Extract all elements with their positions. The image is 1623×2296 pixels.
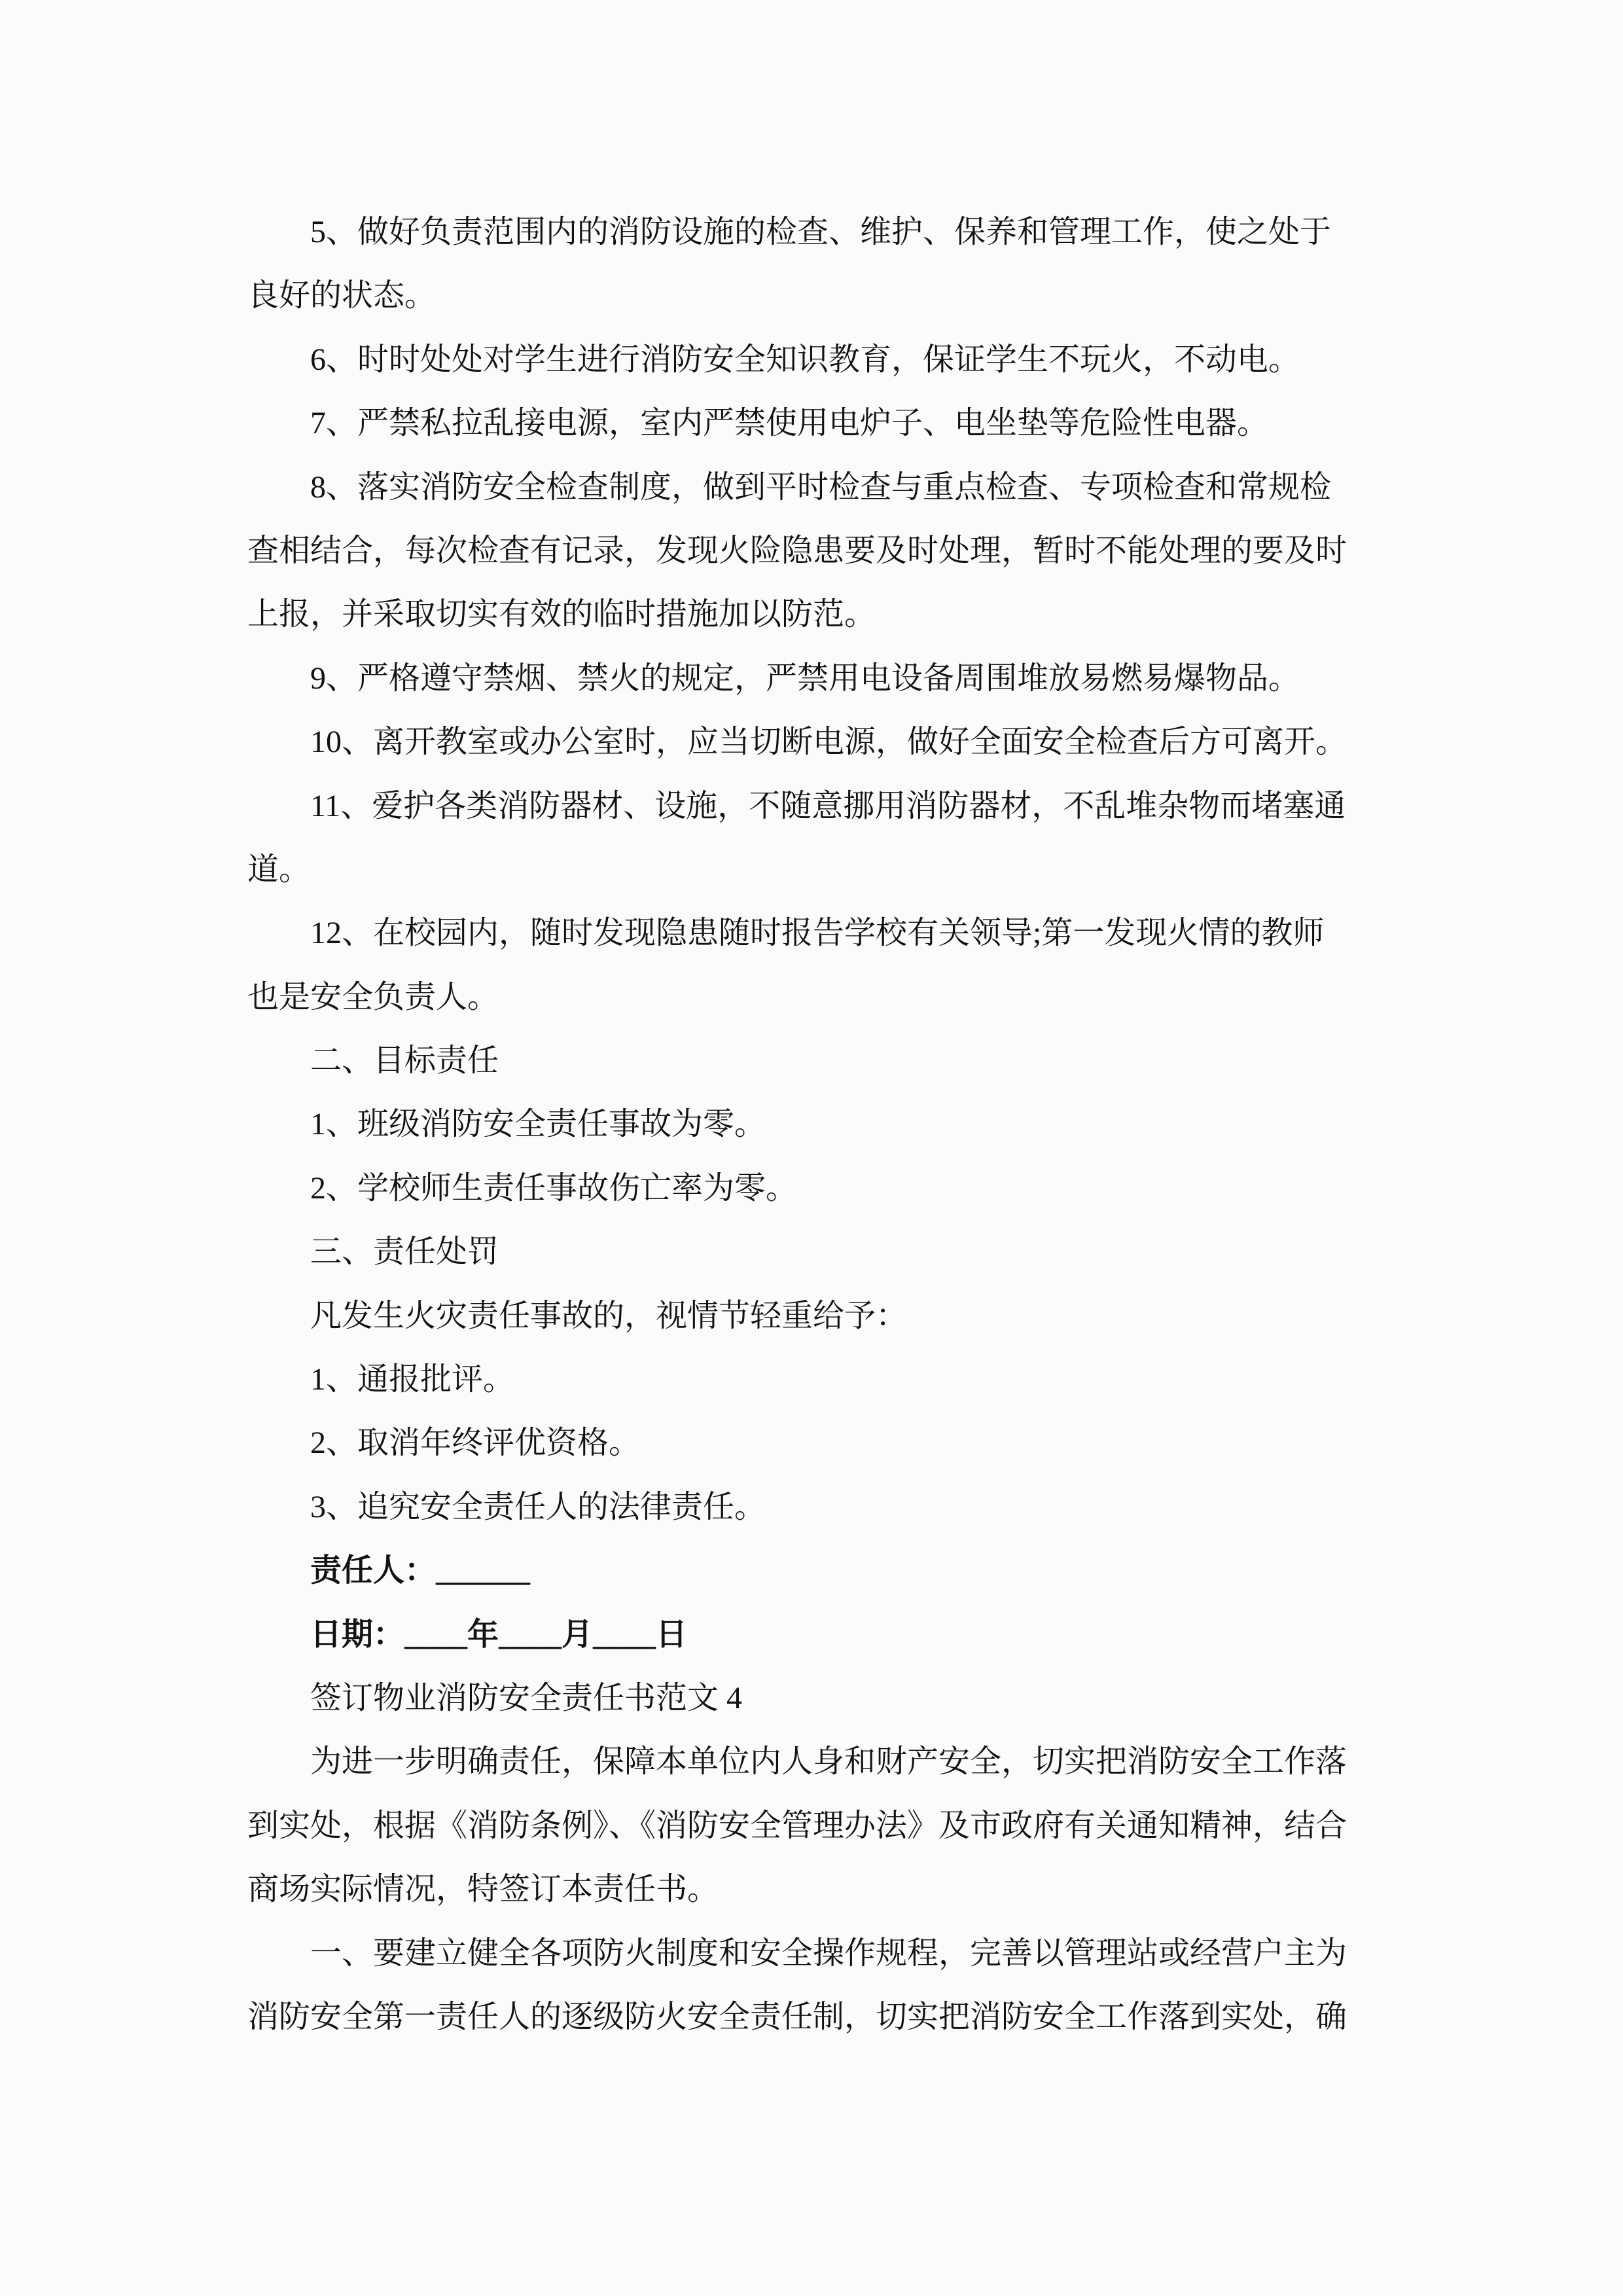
- document-page: 5、做好负责范围内的消防设施的检查、维护、保养和管理工作，使之处于良好的状态。6…: [0, 0, 1623, 2296]
- text-line: 二、目标责任: [247, 1029, 1381, 1092]
- text-line: 5、做好负责范围内的消防设施的检查、维护、保养和管理工作，使之处于: [247, 200, 1381, 264]
- text-line: 3、追究安全责任人的法律责任。: [247, 1475, 1381, 1539]
- text-line: 到实处，根据《消防条例》、《消防安全管理办法》及市政府有关通知精神，结合: [247, 1794, 1381, 1857]
- text-line: 责任人：______: [247, 1539, 1381, 1602]
- text-line: 7、严禁私拉乱接电源，室内严禁使用电炉子、电坐垫等危险性电器。: [247, 391, 1381, 455]
- text-line: 道。: [247, 838, 1381, 901]
- text-line: 也是安全负责人。: [247, 965, 1381, 1029]
- text-line: 6、时时处处对学生进行消防安全知识教育，保证学生不玩火，不动电。: [247, 328, 1381, 391]
- text-line: 上报，并采取切实有效的临时措施加以防范。: [247, 583, 1381, 646]
- text-line: 为进一步明确责任，保障本单位内人身和财产安全，切实把消防安全工作落: [247, 1730, 1381, 1793]
- text-line: 良好的状态。: [247, 264, 1381, 327]
- text-line: 消防安全第一责任人的逐级防火安全责任制，切实把消防安全工作落到实处，确: [247, 1985, 1381, 2049]
- document-body: 5、做好负责范围内的消防设施的检查、维护、保养和管理工作，使之处于良好的状态。6…: [247, 200, 1381, 2049]
- text-line: 查相结合，每次检查有记录，发现火险隐患要及时处理，暂时不能处理的要及时: [247, 519, 1381, 583]
- text-line: 一、要建立健全各项防火制度和安全操作规程，完善以管理站或经营户主为: [247, 1922, 1381, 1985]
- text-line: 商场实际情况，特签订本责任书。: [247, 1857, 1381, 1921]
- text-line: 2、学校师生责任事故伤亡率为零。: [247, 1157, 1381, 1220]
- text-line: 1、通报批评。: [247, 1348, 1381, 1411]
- text-line: 10、离开教室或办公室时，应当切断电源，做好全面安全检查后方可离开。: [247, 710, 1381, 774]
- text-line: 12、在校园内，随时发现隐患随时报告学校有关领导;第一发现火情的教师: [247, 901, 1381, 965]
- text-line: 8、落实消防安全检查制度，做到平时检查与重点检查、专项检查和常规检: [247, 456, 1381, 519]
- text-line: 凡发生火灾责任事故的，视情节轻重给予：: [247, 1284, 1381, 1348]
- text-line: 日期：____年____月____日: [247, 1603, 1381, 1666]
- text-line: 1、班级消防安全责任事故为零。: [247, 1092, 1381, 1156]
- text-line: 11、爱护各类消防器材、设施，不随意挪用消防器材，不乱堆杂物而堵塞通: [247, 774, 1381, 838]
- text-line: 签订物业消防安全责任书范文 4: [247, 1666, 1381, 1730]
- text-line: 9、严格遵守禁烟、禁火的规定，严禁用电设备周围堆放易燃易爆物品。: [247, 647, 1381, 710]
- text-line: 三、责任处罚: [247, 1220, 1381, 1283]
- text-line: 2、取消年终评优资格。: [247, 1411, 1381, 1475]
